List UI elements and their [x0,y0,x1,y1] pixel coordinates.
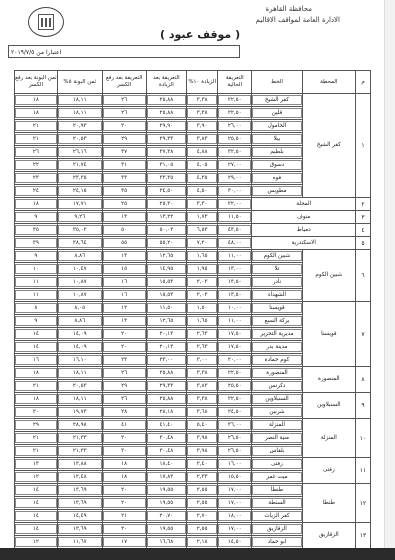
bona-rounded-cell: ٢٠ [15,407,57,417]
col-header-increase: الزيادة ١٠% [187,71,218,94]
station-line-cell: منوف [252,211,356,224]
bona-cell: ١٦,١٠ [58,355,102,365]
increase-cell: ٣,٣٨ [187,394,217,404]
table-row: ١٣الزقازيقالزقازيق١٧,٠٠٢,٥٥١٩,٥٥٢٠١٣,٦٩١… [15,523,371,536]
bona-cell: ١٣,٦٩ [58,485,102,495]
current-fare-cell: ١٨,٠٠ [218,511,251,521]
line-cell: مديرية التحرير [252,329,301,339]
bona-rounded-cell: ٢٣ [15,173,57,183]
document-header: محافظة القاهرة الادارة العامة لمواقف الا… [256,4,340,26]
fare-after-increase-cell: ١٨,٤٠ [147,459,187,469]
fare-after-increase-cell: ٢٥,٨٨ [147,108,187,118]
bona-rounded-cell: ١٨ [15,199,57,209]
current-fare-cell: ١٥,٥٠ [218,472,251,482]
increase-cell: ٧,٢٠ [187,238,217,248]
line-cell: بلطيم [252,147,301,157]
bona-rounded-cell: ٩ [15,212,57,222]
fare-after-increase-cell: ٢٥,٨٨ [147,95,187,105]
effective-date-box: اعتبارا من ٢٠١٩/٧/٥ [8,45,240,58]
current-fare-cell: ٢٥,٥٠ [218,134,251,144]
increase-cell: ٣,٣٨ [187,368,217,378]
fare-after-increase-cell: ١٧,٨٣ [147,472,187,482]
page-edge [384,0,395,548]
row-number: ١١ [356,458,371,484]
fare-after-increase-cell: ١٢,٦٥ [147,251,187,261]
bona-cell: ٣٨,٦٤ [58,238,102,248]
bona-cell: ٣٥,٠٢ [58,225,102,235]
fare-after-increase-cell: ٢٨,١٨ [147,407,187,417]
bona-cell: ١٢,٤٨ [58,472,102,482]
fare-rounded-cell: ٣١ [103,160,146,170]
line-cell: بركة السبع [252,316,301,326]
line-cell: طنطا [252,485,301,495]
current-fare-cell: ٣٠,٠٠ [218,186,251,196]
fare-rounded-cell: ٢٠ [103,329,146,339]
fare-rounded-cell: ١٣ [103,316,146,326]
line-cell: نادر [252,277,301,287]
bona-rounded-cell: ١٢ [15,537,57,547]
increase-cell: ٤,٨٨ [187,147,217,157]
increase-cell: ١,٧٣ [187,212,217,222]
table-row: ٢المحلة٢٢,٠٠٣,٣٠٢٥,٣٠٢٥١٧,٧١١٨ [15,198,371,211]
fare-after-increase-cell: ٣٠,٤٨ [147,446,187,456]
governorate-label: محافظة القاهرة [256,4,312,15]
fare-rounded-cell: ٢٠ [103,524,146,534]
bona-cell: ٢٣,٣٥ [58,173,102,183]
cairo-governorate-seal-icon [28,7,64,37]
line-cell: السنطة [252,498,301,508]
fare-after-increase-cell: ٢٥,٨٨ [147,368,187,378]
fare-rounded-cell: ٣٠ [103,121,146,131]
increase-cell: ٤,٥٠ [187,186,217,196]
fare-after-increase-cell: ٣٤,٥٠ [147,186,187,196]
bona-rounded-cell: ٢١ [15,381,57,391]
fare-after-increase-cell: ٢٠,١٣ [147,329,187,339]
current-fare-cell: ١٧,٠٠ [218,485,251,495]
fare-after-increase-cell: ٥٠,٠٣ [147,225,187,235]
bona-cell: ١٩,٧٣ [58,407,102,417]
bona-cell: ١٤,٠٩ [58,329,102,339]
bona-rounded-cell: ٢١ [15,134,57,144]
row-number: ١٢ [356,484,371,523]
table-row: ٩السنبلاوينالسنبلاوين٢٢,٥٠٣,٣٨٢٥,٨٨٢٦١٨,… [15,393,371,406]
bona-rounded-cell: ١٨ [15,368,57,378]
col-header-no: م [356,71,371,94]
increase-cell: ٢,٦٣ [187,329,217,339]
current-fare-cell: ٢٢,٠٠ [218,199,251,209]
viewer-bottom-bar [0,548,395,560]
fare-rounded-cell: ١٣ [103,212,146,222]
line-cell: قويسنا [252,303,301,313]
col-header-bona-rounded: ثمن البونة بعد رفع الكسر [15,71,58,94]
fare-rounded-cell: ١٧ [103,537,146,547]
line-cell: بلقاس [252,446,301,456]
bona-cell: ٨,٠٥ [58,303,102,313]
bona-rounded-cell: ٢٢ [15,160,57,170]
bona-rounded-cell: ٢٤ [15,186,57,196]
current-fare-cell: ٢٥,٥٠ [218,381,251,391]
row-number: ٧ [356,302,371,367]
bona-cell: ١٨,١١ [58,368,102,378]
bona-rounded-cell: ١٨ [15,108,57,118]
fare-rounded-cell: ٢٣ [103,355,146,365]
fare-after-increase-cell: ٢٠,٧٠ [147,511,187,521]
fare-after-increase-cell: ١١,٥٠ [147,303,187,313]
station-line-cell: المحلة [252,198,356,211]
row-number: ٥ [356,237,371,250]
fare-rounded-cell: ٢٥ [103,199,146,209]
current-fare-cell: ٤٨,٠٠ [218,238,251,248]
table-row: ٨المنصورةالمنصورة٢٢,٥٠٣,٣٨٢٥,٨٨٢٦١٨,١١١٨ [15,367,371,380]
fare-after-increase-cell: ٢٠,١٣ [147,342,187,352]
bona-cell: ٢٦,١٦ [58,147,102,157]
increase-cell: ٦,٥٣ [187,225,217,235]
station-cell: السنبلاوين [302,393,355,419]
increase-cell: ٤,٠٥ [187,160,217,170]
bona-rounded-cell: ١٨ [15,95,57,105]
current-fare-cell: ٢٦,٥٠ [218,446,251,456]
col-header-current-fare: التعريفة الحالية [218,71,252,94]
station-cell: المنزلة [302,419,355,458]
fare-rounded-cell: ٣٠ [103,433,146,443]
bona-cell: ١٣,٦٩ [58,524,102,534]
increase-cell: ٢,٥٥ [187,524,217,534]
current-fare-cell: ٣٢,٥٠ [218,147,251,157]
increase-cell: ١,٦٥ [187,316,217,326]
bona-rounded-cell: ٢١ [15,433,57,443]
line-cell: كفر الشيخ [252,95,301,105]
fare-after-increase-cell: ١٦,٦٨ [147,537,187,547]
fare-after-increase-cell: ١٩,٥٥ [147,524,187,534]
table-body: ١كفر الشيخكفر الشيخ٢٢,٥٠٣,٣٨٢٥,٨٨٢٦١٨,١١… [15,94,371,549]
line-cell: دكرنس [252,381,301,391]
increase-cell: ٣,٣٨ [187,95,217,105]
station-cell: زفتى [302,458,355,484]
increase-cell: ٣,٨٣ [187,381,217,391]
fare-rounded-cell: ٢٦ [103,368,146,378]
current-fare-cell: ٢٦,٠٠ [218,121,251,131]
fare-rounded-cell: ٤١ [103,420,146,430]
bona-cell: ١٠,٤٧ [58,264,102,274]
fare-after-increase-cell: ٣٠,٤٨ [147,433,187,443]
bona-rounded-cell: ١٤ [15,498,57,508]
current-fare-cell: ٢٤,٥٠ [218,407,251,417]
line-cell: كوم حمادة [252,355,301,365]
bona-cell: ١٧,٧١ [58,199,102,209]
fare-rounded-cell: ٢٦ [103,394,146,404]
current-fare-cell: ١٦,٠٠ [218,459,251,469]
station-line-cell: الاسكندرية [252,237,356,250]
fare-rounded-cell: ٢٦ [103,95,146,105]
document-page: محافظة القاهرة الادارة العامة لمواقف الا… [0,0,385,548]
increase-cell: ٢,٣٣ [187,472,217,482]
bona-cell: ١٤,٤٩ [58,511,102,521]
line-cell: الحامول [252,121,301,131]
fare-after-increase-cell: ١٢,٦٥ [147,316,187,326]
line-cell: دسوق [252,160,301,170]
table-row: ٦شبين الكومشبين الكوم١١,٠٠١,٦٥١٢,٦٥١٣٨,٨… [15,250,371,263]
fare-rounded-cell: ٢٩ [103,381,146,391]
bona-rounded-cell: ١٠ [15,264,57,274]
bona-cell: ٢٨,٩٨ [58,420,102,430]
fare-after-increase-cell: ١٥,٥٣ [147,277,187,287]
line-cell: شربين [252,407,301,417]
fare-table: م المحطة الخط التعريفة الحالية الزيادة ١… [14,70,371,549]
fare-after-increase-cell: ٢٩,٣٣ [147,381,187,391]
increase-cell: ٥,٤٠ [187,420,217,430]
bona-cell: ١٨,١١ [58,394,102,404]
table-row: ٧قويسناقويسنا١٠,٠٠١,٥٠١١,٥٠١٢٨,٠٥٨ [15,302,371,315]
increase-cell: ٢,٧٠ [187,511,217,521]
bona-cell: ١١,٦٧ [58,537,102,547]
fare-after-increase-cell: ٢٩,٣٣ [147,134,187,144]
increase-cell: ٣,٩٨ [187,433,217,443]
bona-cell: ٢٤,١٥ [58,186,102,196]
row-number: ٢ [356,198,371,211]
bona-cell: ٢١,٣٣ [58,446,102,456]
bona-cell: ١٣,٦٩ [58,498,102,508]
bona-rounded-cell: ٩ [15,251,57,261]
station-cell: شبين الكوم [302,250,355,302]
increase-cell: ٣,٣٠ [187,199,217,209]
table-row: ١٠المنزلةالمنزلة٣٦,٠٠٥,٤٠٤١,٤٠٤١٢٨,٩٨٢٩ [15,419,371,432]
fare-rounded-cell: ١٣ [103,251,146,261]
station-cell: الزقازيق [302,523,355,549]
fare-rounded-cell: ١٥ [103,264,146,274]
row-number: ١ [356,94,371,198]
current-fare-cell: ١٣,٠٠ [218,264,251,274]
station-cell: طنطا [302,484,355,523]
row-number: ١٠ [356,419,371,458]
fare-rounded-cell: ٢١ [103,511,146,521]
bona-cell: ١٠,٨٧ [58,277,102,287]
increase-cell: ١,٥٠ [187,303,217,313]
fare-rounded-cell: ٣٥ [103,186,146,196]
row-number: ٩ [356,393,371,419]
fare-after-increase-cell: ٢٥,٨٨ [147,394,187,404]
document-title: ( موقف عبود ) [160,28,240,41]
station-cell: المنصورة [302,367,355,393]
fare-after-increase-cell: ١٩,٥٥ [147,498,187,508]
fare-rounded-cell: ٢٠ [103,498,146,508]
increase-cell: ٢,٠٣ [187,290,217,300]
col-header-station: المحطة [302,71,355,94]
increase-cell: ٢,٥٥ [187,485,217,495]
bona-rounded-cell: ١٤ [15,511,57,521]
table-row: ٥الاسكندرية٤٨,٠٠٧,٢٠٥٥,٢٠٥٥٣٨,٦٤٣٩ [15,237,371,250]
bona-cell: ١٤,٠٩ [58,342,102,352]
fare-rounded-cell: ١٨ [103,472,146,482]
current-fare-cell: ١١,٠٠ [218,316,251,326]
increase-cell: ٢,٠٣ [187,277,217,287]
bona-rounded-cell: ١٤ [15,342,57,352]
bona-rounded-cell: ٣٥ [15,225,57,235]
bona-rounded-cell: ٢١ [15,446,57,456]
line-cell: شبين الكوم [252,251,301,261]
fare-rounded-cell: ٢٦ [103,108,146,118]
increase-cell: ٢,٤٠ [187,459,217,469]
col-header-fare-rounded: التعريفة بعد رفع الكسر [102,71,146,94]
bona-rounded-cell: ٨ [15,303,57,313]
line-cell: السنبلاوين [252,394,301,404]
fare-rounded-cell: ١٢ [103,303,146,313]
increase-cell: ٣,٩٨ [187,446,217,456]
current-fare-cell: ١٠,٠٠ [218,303,251,313]
bona-cell: ٢٠,٥٣ [58,134,102,144]
current-fare-cell: ١٣,٥٠ [218,290,251,300]
increase-cell: ٣,٦٨ [187,407,217,417]
increase-cell: ٣,٨٣ [187,134,217,144]
bona-cell: ٢٠,٩٣ [58,121,102,131]
increase-cell: ١,٦٥ [187,251,217,261]
fare-rounded-cell: ٥٥ [103,238,146,248]
station-cell: كفر الشيخ [302,94,355,198]
row-number: ٨ [356,367,371,393]
fare-after-increase-cell: ٤١,٤٠ [147,420,187,430]
bona-rounded-cell: ١٤ [15,485,57,495]
fare-after-increase-cell: ٢٩,٩٠ [147,121,187,131]
bona-cell: ١٨,١١ [58,108,102,118]
fare-rounded-cell: ٢٠ [103,342,146,352]
bona-rounded-cell: ١٤ [15,329,57,339]
table-header-row: م المحطة الخط التعريفة الحالية الزيادة ١… [15,71,371,94]
current-fare-cell: ٢٢,٥٠ [218,368,251,378]
increase-cell: ٣,٠٠ [187,355,217,365]
current-fare-cell: ١١,٠٠ [218,251,251,261]
table-row: ٣منوف١١,٥٠١,٧٣١٣,٢٣١٣٩,٢٦٩ [15,211,371,224]
bona-cell: ٢١,٣٣ [58,433,102,443]
line-cell: المنصورة [252,368,301,378]
bona-rounded-cell: ١٣ [15,459,57,469]
fare-rounded-cell: ٣٣ [103,173,146,183]
fare-after-increase-cell: ٥٥,٢٠ [147,238,187,248]
fare-after-increase-cell: ١٥,٥٣ [147,290,187,300]
increase-cell: ٢,١٨ [187,537,217,547]
fare-after-increase-cell: ١٩,٥٥ [147,485,187,495]
current-fare-cell: ١٧,٥٠ [218,342,251,352]
current-fare-cell: ٢٢,٥٠ [218,108,251,118]
line-cell: تلا [252,264,301,274]
current-fare-cell: ٢٧,٠٠ [218,160,251,170]
station-line-cell: دمياط [252,224,356,237]
col-header-fare-after-increase: التعريفة بعد الزيادة [146,71,187,94]
current-fare-cell: ١٧,٠٠ [218,524,251,534]
table-row: ١١زفتىزفتى١٦,٠٠٢,٤٠١٨,٤٠١٨١٢,٨٨١٣ [15,458,371,471]
bona-rounded-cell: ١٦ [15,355,57,365]
fare-rounded-cell: ١٨ [103,459,146,469]
bona-cell: ٨,٨٦ [58,251,102,261]
table-row: ١٢طنطاطنطا١٧,٠٠٢,٥٥١٩,٥٥٢٠١٣,٦٩١٤ [15,484,371,497]
bona-cell: ٢١,٧٤ [58,160,102,170]
fare-rounded-cell: ٣٠ [103,446,146,456]
bona-rounded-cell: ١٤ [15,524,57,534]
current-fare-cell: ٢٢,٥٠ [218,394,251,404]
authority-label: الادارة العامة لمواقف الاقاليم [256,15,340,26]
current-fare-cell: ٢٦,٥٠ [218,433,251,443]
increase-cell: ٢,٦٣ [187,342,217,352]
bona-rounded-cell: ٢١ [15,121,57,131]
line-cell: زفتى [252,459,301,469]
fare-rounded-cell: ٥٠ [103,225,146,235]
line-cell: بيلا [252,134,301,144]
line-cell: مدينة بدر [252,342,301,352]
bona-rounded-cell: ٣٩ [15,238,57,248]
increase-cell: ٣,٣٨ [187,108,217,118]
current-fare-cell: ١٣,٥٠ [218,277,251,287]
bona-cell: ٨,٨٦ [58,316,102,326]
increase-cell: ٣,٩٠ [187,121,217,131]
row-number: ١٣ [356,523,371,549]
fare-after-increase-cell: ٣٣,٣٥ [147,173,187,183]
table-row: ٤دمياط٤٣,٥٠٦,٥٣٥٠,٠٣٥٠٣٥,٠٢٣٥ [15,224,371,237]
current-fare-cell: ١١,٥٠ [218,212,251,222]
effective-date: اعتبارا من ٢٠١٩/٧/٥ [11,46,61,59]
line-cell: كفر الزيات [252,511,301,521]
current-fare-cell: ١٤,٥٠ [218,537,251,547]
current-fare-cell: ١٧,٥٠ [218,329,251,339]
station-cell: قويسنا [302,302,355,367]
fare-rounded-cell: ٢٠ [103,485,146,495]
fare-rounded-cell: ١٦ [103,290,146,300]
fare-after-increase-cell: ٣٧,٣٨ [147,147,187,157]
bona-rounded-cell: ١١ [15,290,57,300]
current-fare-cell: ٤٣,٥٠ [218,225,251,235]
col-header-line: الخط [252,71,302,94]
bona-cell: ٩,٢٦ [58,212,102,222]
line-cell: ابو حماد [252,537,301,547]
bona-cell: ١٢,٨٨ [58,459,102,469]
bona-cell: ١٠,٨٧ [58,290,102,300]
current-fare-cell: ٣٦,٠٠ [218,420,251,430]
line-cell: منية النصر [252,433,301,443]
current-fare-cell: ١٧,٠٠ [218,498,251,508]
bona-rounded-cell: ١٨ [15,394,57,404]
line-cell: مطوبس [252,186,301,196]
line-cell: المنزلة [252,420,301,430]
row-number: ٣ [356,211,371,224]
fare-rounded-cell: ٢٩ [103,134,146,144]
increase-cell: ٢,٥٥ [187,498,217,508]
bona-rounded-cell: ١١ [15,277,57,287]
line-cell: الشهداء [252,290,301,300]
bona-rounded-cell: ٢٦ [15,147,57,157]
fare-after-increase-cell: ٣١,٠٥ [147,160,187,170]
fare-rounded-cell: ٢٨ [103,407,146,417]
table-row: ١كفر الشيخكفر الشيخ٢٢,٥٠٣,٣٨٢٥,٨٨٢٦١٨,١١… [15,94,371,107]
increase-cell: ١,٩٥ [187,264,217,274]
bona-rounded-cell: ١٢ [15,472,57,482]
fare-rounded-cell: ١٦ [103,277,146,287]
line-cell: قلين [252,108,301,118]
bona-cell: ١٨,١١ [58,95,102,105]
line-cell: فوه [252,173,301,183]
current-fare-cell: ٢٠,٠٠ [218,355,251,365]
fare-after-increase-cell: ٢٣,٠٠ [147,355,187,365]
row-number: ٤ [356,224,371,237]
line-cell: الزقازيق [252,524,301,534]
fare-after-increase-cell: ٢٥,٣٠ [147,199,187,209]
bona-rounded-cell: ٢٩ [15,420,57,430]
fare-after-increase-cell: ١٣,٢٣ [147,212,187,222]
current-fare-cell: ٢٩,٠٠ [218,173,251,183]
bona-rounded-cell: ٩ [15,316,57,326]
increase-cell: ٤,٣٥ [187,173,217,183]
fare-after-increase-cell: ١٤,٩٥ [147,264,187,274]
bona-cell: ٢٠,٥٣ [58,381,102,391]
line-cell: ميت غمر [252,472,301,482]
col-header-bona: ثمن البونة ٥% [57,71,102,94]
current-fare-cell: ٢٢,٥٠ [218,95,251,105]
